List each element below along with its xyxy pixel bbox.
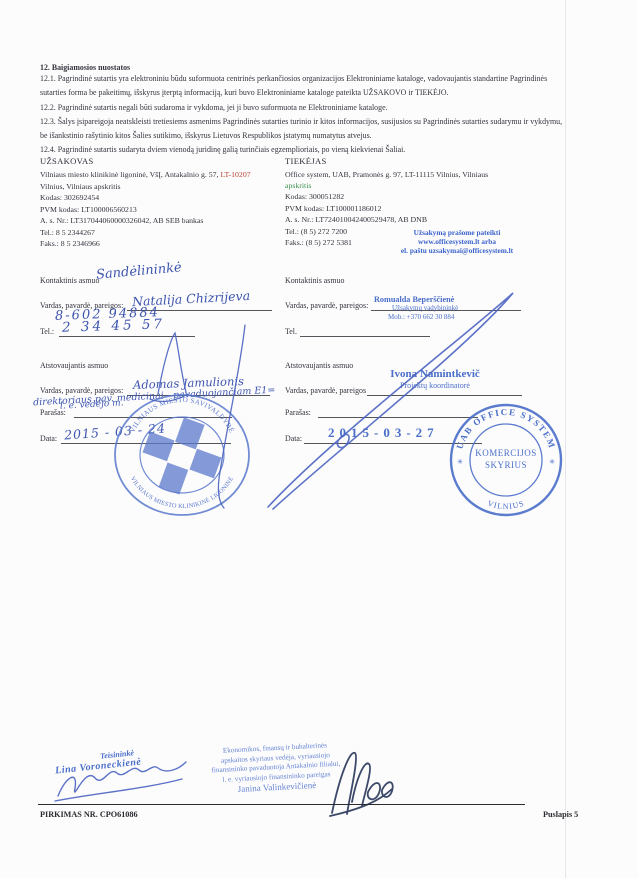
accountant-stamp: Ekonomikos, finansų ir buhalterinės apsk…: [181, 739, 371, 798]
buyer-rep-signature-stroke: [150, 333, 188, 401]
footer-purchase-number: PIRKIMAS NR. CPO61086: [40, 810, 138, 819]
footer-page-number: Puslapis 5: [543, 810, 578, 819]
buyer-long-signature-stroke: [218, 325, 245, 508]
footer-rule: [38, 804, 525, 805]
scanned-contract-page: 12. Baigiamosios nuostatos 12.1. Pagrind…: [0, 0, 638, 878]
supplier-rep-signature-stroke: [268, 293, 513, 509]
